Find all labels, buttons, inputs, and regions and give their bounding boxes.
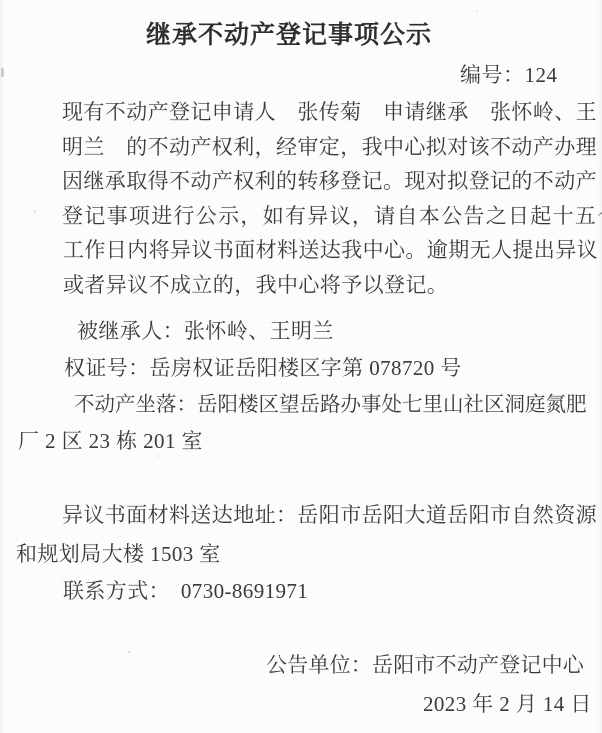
body-line-1: 现有不动产登记申请人 张传菊 申请继承 张怀岭、王	[62, 99, 597, 125]
body-line-3: 因继承取得不动产权利的转移登记。现对拟登记的不动产	[62, 168, 597, 194]
notice-title: 继承不动产登记事项公示	[0, 15, 578, 51]
body-line-2: 明兰 的不动产权利，经审定，我中心拟对该不动产办理	[62, 134, 597, 160]
scan-speckle	[1, 68, 4, 77]
property-location-line-2: 厂 2 区 23 栋 201 室	[18, 428, 203, 454]
scan-speckle	[157, 455, 159, 457]
property-location-line-1: 不动产坐落：岳阳楼区望岳路办事处七里山社区洞庭氮肥	[74, 392, 587, 418]
scanned-notice-page: 继承不动产登记事项公示 编号：124 现有不动产登记申请人 张传菊 申请继承 张…	[0, 0, 602, 733]
scan-speckle	[476, 10, 478, 12]
body-line-4: 登记事项进行公示，如有异议，请自本公告之日起十五个	[62, 203, 602, 229]
decedents-line: 被继承人：张怀岭、王明兰	[77, 318, 334, 344]
date-line: 2023 年 2 月 14 日	[423, 691, 592, 717]
scan-speckle	[128, 651, 130, 653]
body-line-6: 或者异议不成立的，我中心将予以登记。	[63, 272, 448, 298]
scan-speckle	[34, 210, 36, 213]
doc-number: 编号：124	[460, 59, 558, 89]
objection-address-line-2: 和规划局大楼 1503 室	[16, 541, 221, 567]
contact-line: 联系方式： 0730-8691971	[63, 578, 308, 604]
certificate-number-line: 权证号：岳房权证岳阳楼区字第 078720 号	[64, 355, 462, 381]
body-line-5: 工作日内将异议书面材料送达我中心。逾期无人提出异议	[63, 237, 598, 263]
issuer-line: 公告单位：岳阳市不动产登记中心	[266, 652, 584, 678]
objection-address-line-1: 异议书面材料送达地址：岳阳市岳阳大道岳阳市自然资源	[62, 502, 597, 528]
